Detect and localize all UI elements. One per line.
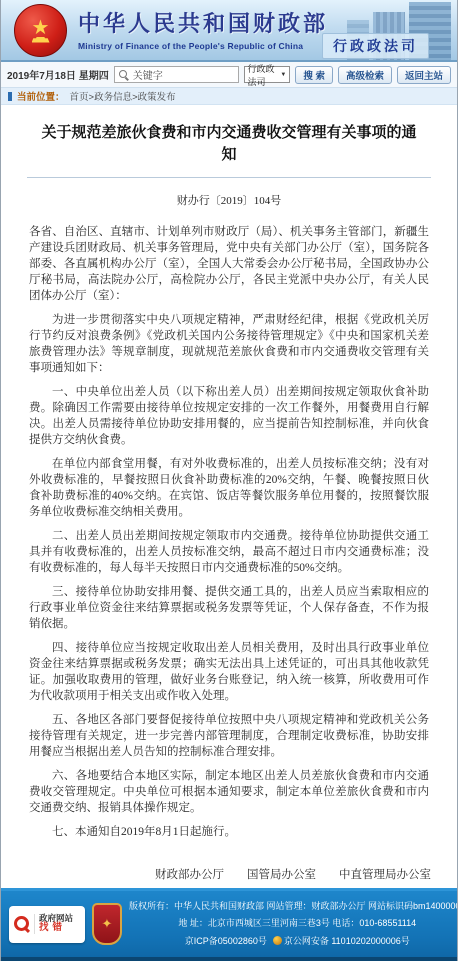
gov-site-find-error-badge[interactable]: 政府网站 找错 <box>9 906 85 943</box>
search-placeholder: 关键字 <box>133 67 163 82</box>
badge-line2: 找错 <box>39 923 73 934</box>
police-badge-icon <box>273 936 282 945</box>
paragraph-item-4: 四、接待单位应当按规定收取出差人员相关费用，及时出具行政事业单位资金往来结算票据… <box>29 640 429 704</box>
search-bar: 2019年7月18日 星期四 关键字 行政政法司 ▼ 搜 索 高级检索 返回主站 <box>1 62 457 88</box>
back-to-main-button[interactable]: 返回主站 <box>397 66 451 84</box>
site-title: 中华人民共和国财政部 <box>78 7 328 38</box>
document-area: 关于规范差旅伙食费和市内交通费收交管理有关事项的通知 财办行〔2019〕104号… <box>1 105 457 888</box>
national-emblem-icon: ★ <box>14 4 67 57</box>
category-select[interactable]: 行政政法司 ▼ <box>244 66 291 83</box>
shield-star-icon: ✦ <box>102 916 113 932</box>
current-date: 2019年7月18日 星期四 <box>7 67 109 82</box>
paragraph-addressees: 各省、自治区、直辖市、计划单列市财政厅（局）、机关事务主管部门，新疆生产建设兵团… <box>29 224 429 304</box>
paragraph-item-3: 三、接待单位协助安排用餐、提供交通工具的，出差人员应当索取相应的行政事业单位资金… <box>29 584 429 632</box>
breadcrumb-path[interactable]: 首页>政务信息>政策发布 <box>70 89 176 103</box>
police-number: 京公网安备 11010202000006号 <box>284 936 410 946</box>
document-number: 财办行〔2019〕104号 <box>1 192 457 208</box>
breadcrumb-bullet-icon <box>8 92 12 101</box>
signature-offices: 财政部办公厅 国管局办公室 中直管理局办公室 <box>27 866 431 882</box>
search-icon <box>119 70 129 80</box>
footer-info: 版权所有：中华人民共和国财政部 网站管理：财政部办公厅 网站标识码bm14000… <box>129 898 458 951</box>
magnifier-icon <box>14 916 30 932</box>
category-select-value: 行政政法司 <box>248 62 281 88</box>
footer-address: 地 址：北京市西城区三里河南三巷3号 电话：010-68551114 <box>129 915 458 933</box>
site-header: ★ 中华人民共和国财政部 Ministry of Finance of the … <box>1 0 457 62</box>
chevron-down-icon: ▼ <box>280 72 286 78</box>
site-footer: 政府网站 找错 ✦ 版权所有：中华人民共和国财政部 网站管理：财政部办公厅 网站… <box>1 888 457 961</box>
footer-copyright: 版权所有：中华人民共和国财政部 网站管理：财政部办公厅 网站标识码bm14000… <box>129 898 458 916</box>
breadcrumb: 当前位置： 首页>政务信息>政策发布 <box>1 88 457 105</box>
department-label: 行政政法司 <box>322 33 429 59</box>
paragraph-item-5: 五、各地区各部门要督促接待单位按照中央八项规定精神和党政机关公务接待管理有关规定… <box>29 712 429 760</box>
paragraph-item-1: 一、中央单位出差人员（以下称出差人员）出差期间按规定领取伙食补助费。除确因工作需… <box>29 384 429 448</box>
document-title: 关于规范差旅伙食费和市内交通费收交管理有关事项的通知 <box>37 123 421 167</box>
paragraph-item-1b: 在单位内部食堂用餐，有对外收费标准的，出差人员按标准交纳；没有对外收费标准的，早… <box>29 456 429 520</box>
icp-number: 京ICP备05002860号 <box>185 936 267 946</box>
search-button[interactable]: 搜 索 <box>295 66 333 84</box>
paragraph-item-2: 二、出差人员出差期间按规定领取市内交通费。接待单位协助提供交通工具并有收费标准的… <box>29 528 429 576</box>
site-titles: 中华人民共和国财政部 Ministry of Finance of the Pe… <box>78 7 328 51</box>
paragraph-item-7: 七、本通知自2019年8月1日起施行。 <box>29 824 429 840</box>
breadcrumb-label: 当前位置： <box>17 89 65 103</box>
find-error-badge-text: 政府网站 找错 <box>34 914 73 935</box>
footer-registration: 京ICP备05002860号京公网安备 11010202000006号 <box>129 933 458 951</box>
title-divider <box>27 177 431 178</box>
page: ★ 中华人民共和国财政部 Ministry of Finance of the … <box>0 0 458 961</box>
emblem-star-icon: ★ <box>32 19 50 37</box>
report-shield-badge[interactable]: ✦ <box>92 903 122 945</box>
paragraph-item-6: 六、各地要结合本地区实际，制定本地区出差人员差旅伙食费和市内交通费收交管理规定。… <box>29 768 429 816</box>
advanced-search-button[interactable]: 高级检索 <box>338 66 392 84</box>
site-subtitle: Ministry of Finance of the People's Repu… <box>78 41 328 51</box>
paragraph-intro: 为进一步贯彻落实中央八项规定精神，严肃财经纪律，根据《党政机关厉行节约反对浪费条… <box>29 312 429 376</box>
search-input[interactable]: 关键字 <box>114 66 239 83</box>
